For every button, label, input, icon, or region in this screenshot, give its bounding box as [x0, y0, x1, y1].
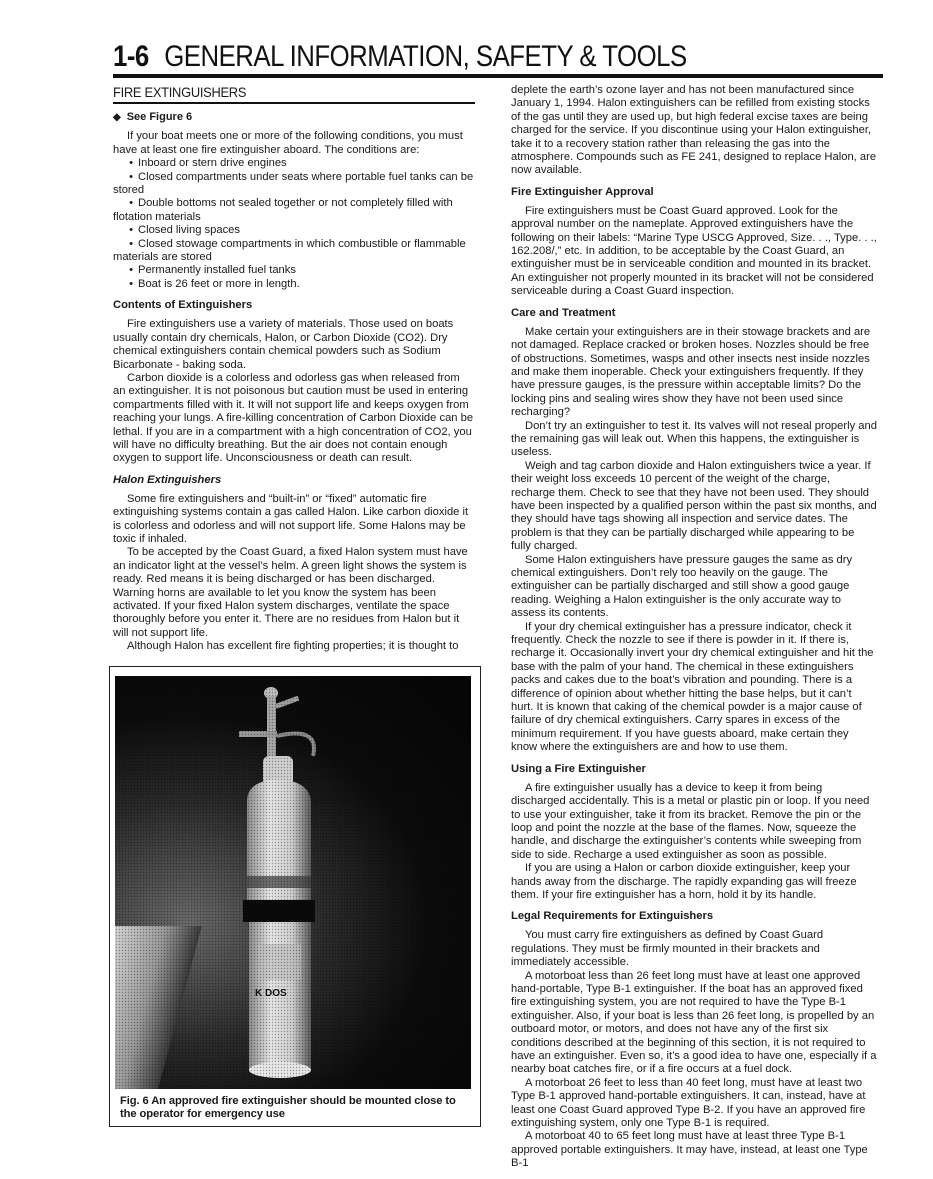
section-title: FIRE EXTINGUISHERS: [113, 84, 246, 103]
fire-extinguisher-icon: K DOS: [115, 676, 471, 1089]
bullet-icon: •: [113, 197, 138, 210]
halon-paragraph: Some fire extinguishers and “built-in” o…: [113, 493, 475, 547]
care-paragraph: Don’t try an extinguisher to test it. It…: [511, 420, 877, 460]
condition-item: •Inboard or stern drive engines: [113, 157, 475, 170]
condition-text: Inboard or stern drive engines: [138, 157, 287, 169]
page-header: 1-6GENERAL INFORMATION, SAFETY & TOOLS: [113, 40, 883, 74]
bullet-icon: •: [113, 264, 138, 277]
condition-text: Permanently installed fuel tanks: [138, 264, 296, 276]
legal-paragraph: A motorboat 26 feet to less than 40 feet…: [511, 1077, 877, 1131]
bullet-icon: •: [113, 157, 138, 170]
care-heading: Care and Treatment: [511, 307, 877, 320]
condition-item: •Boat is 26 feet or more in length.: [113, 278, 475, 291]
care-paragraph: Make certain your extinguishers are in t…: [511, 326, 877, 420]
approval-paragraph: Fire extinguishers must be Coast Guard a…: [511, 205, 877, 299]
chapter-title: GENERAL INFORMATION, SAFETY & TOOLS: [164, 40, 686, 73]
condition-text: Double bottoms not sealed together or no…: [113, 197, 453, 222]
condition-item: •Closed stowage compartments in which co…: [113, 238, 475, 265]
diamond-bullet-icon: ◆: [113, 112, 121, 123]
header-rule: [113, 74, 883, 78]
intro-paragraph: If your boat meets one or more of the fo…: [113, 130, 475, 157]
using-paragraph: A fire extinguisher usually has a device…: [511, 782, 877, 862]
chapter-heading: 1-6GENERAL INFORMATION, SAFETY & TOOLS: [113, 40, 775, 74]
right-column: deplete the earth’s ozone layer and has …: [511, 84, 877, 1171]
contents-paragraph: Fire extinguishers use a variety of mate…: [113, 318, 475, 372]
bullet-icon: •: [113, 224, 138, 237]
halon-continued-paragraph: deplete the earth’s ozone layer and has …: [511, 84, 877, 178]
bullet-icon: •: [113, 278, 138, 291]
using-heading: Using a Fire Extinguisher: [511, 763, 877, 776]
see-figure-link[interactable]: See Figure 6: [127, 111, 192, 123]
bullet-icon: •: [113, 171, 138, 184]
left-column: FIRE EXTINGUISHERS ◆See Figure 6 If your…: [113, 84, 475, 654]
condition-text: Closed compartments under seats where po…: [113, 171, 473, 196]
legal-paragraph: A motorboat 40 to 65 feet long must have…: [511, 1130, 877, 1170]
care-paragraph: Weigh and tag carbon dioxide and Halon e…: [511, 460, 877, 554]
approval-heading: Fire Extinguisher Approval: [511, 186, 877, 199]
condition-text: Closed stowage compartments in which com…: [113, 238, 466, 263]
condition-text: Boat is 26 feet or more in length.: [138, 278, 300, 290]
halon-heading: Halon Extinguishers: [113, 474, 475, 487]
figure-caption: Fig. 6 An approved fire extinguisher sho…: [120, 1095, 470, 1122]
condition-item: •Double bottoms not sealed together or n…: [113, 197, 475, 224]
contents-paragraph: Carbon dioxide is a colorless and odorle…: [113, 372, 475, 466]
condition-text: Closed living spaces: [138, 224, 240, 236]
condition-item: •Permanently installed fuel tanks: [113, 264, 475, 277]
legal-paragraph: A motorboat less than 26 feet long must …: [511, 970, 877, 1077]
fire-extinguisher-photo: K DOS: [115, 676, 471, 1089]
care-paragraph: Some Halon extinguishers have pressure g…: [511, 554, 877, 621]
legal-paragraph: You must carry fire extinguishers as def…: [511, 929, 877, 969]
figure-reference: ◆See Figure 6: [113, 111, 475, 124]
legal-heading: Legal Requirements for Extinguishers: [511, 910, 877, 923]
page-number: 1-6: [113, 40, 149, 73]
care-paragraph: If your dry chemical extinguisher has a …: [511, 621, 877, 755]
halon-paragraph: To be accepted by the Coast Guard, a fix…: [113, 546, 475, 640]
halon-paragraph: Although Halon has excellent fire fighti…: [113, 640, 475, 653]
bullet-icon: •: [113, 238, 138, 251]
condition-item: •Closed compartments under seats where p…: [113, 171, 475, 198]
figure-6: K DOS Fig. 6 An approved fire extinguish…: [109, 666, 481, 1127]
contents-heading: Contents of Extinguishers: [113, 299, 475, 312]
condition-item: •Closed living spaces: [113, 224, 475, 237]
using-paragraph: If you are using a Halon or carbon dioxi…: [511, 862, 877, 902]
